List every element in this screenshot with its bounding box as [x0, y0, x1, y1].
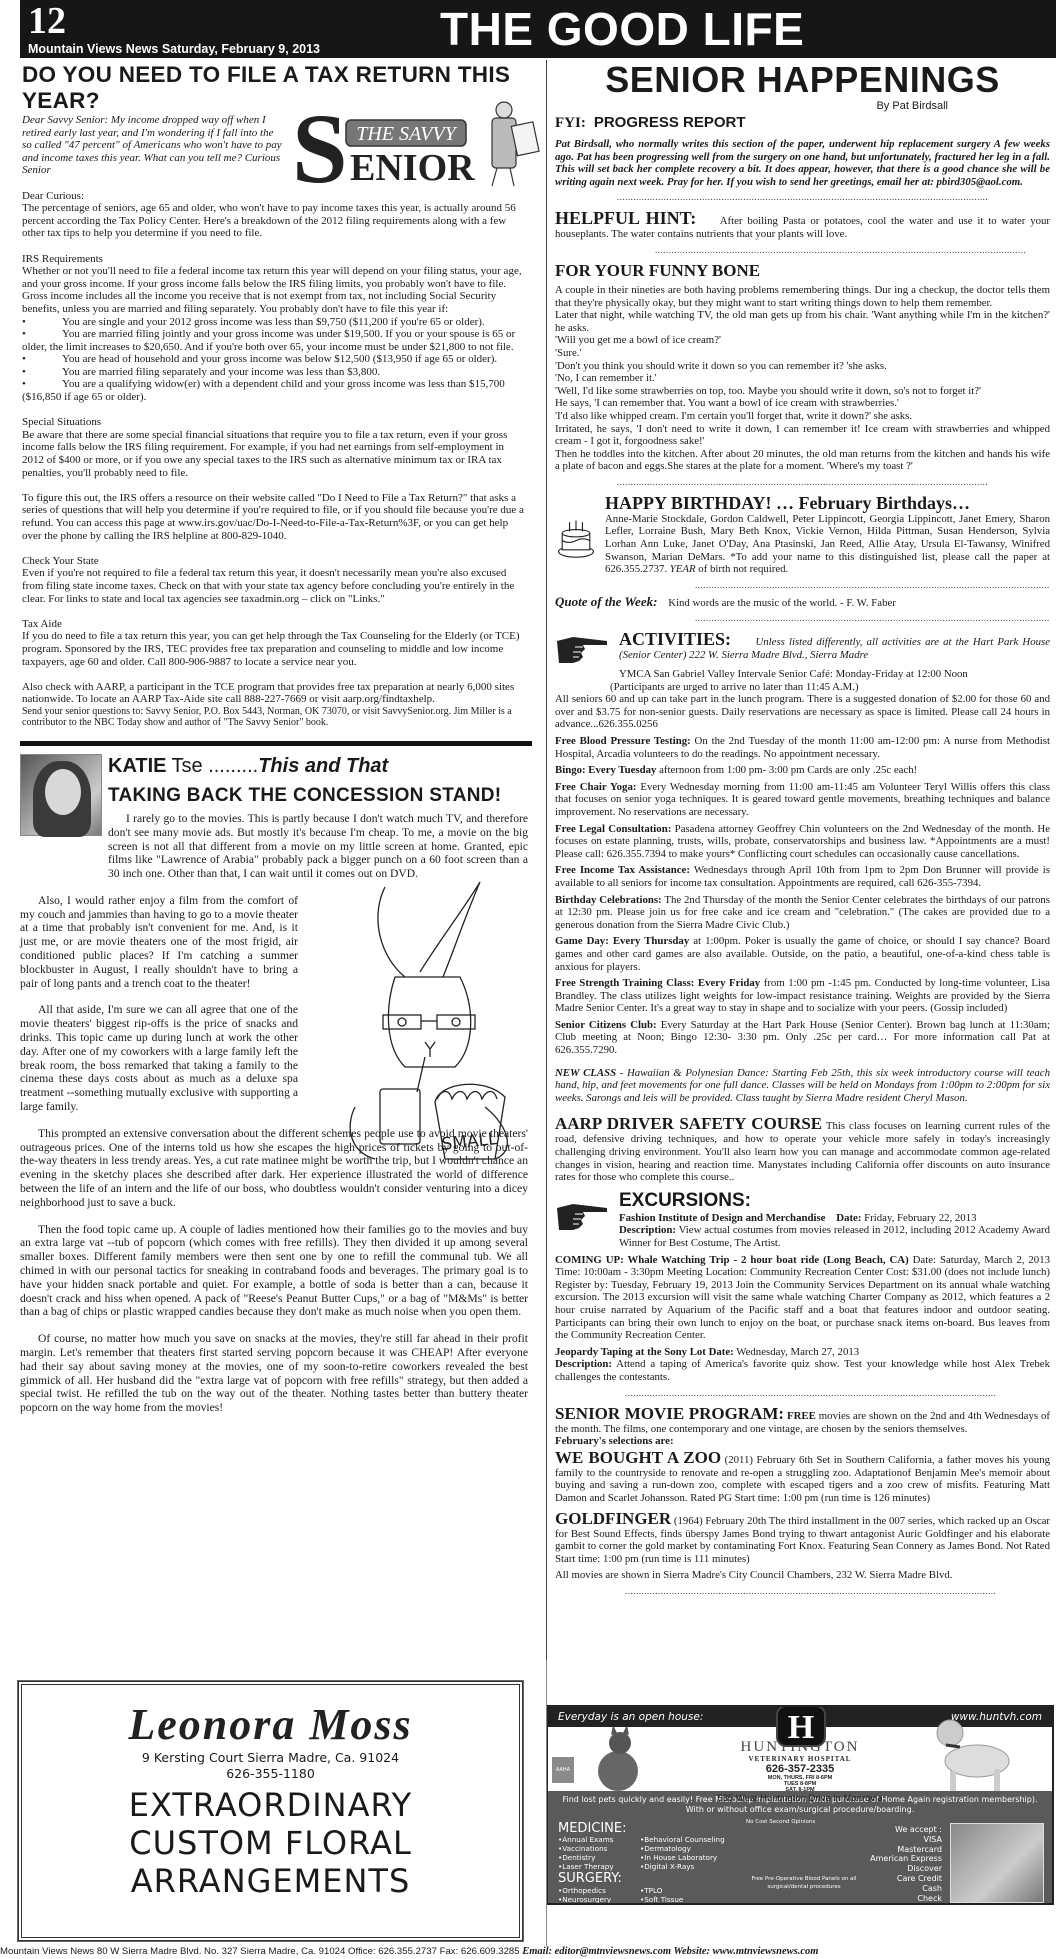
irs-body: Whether or not you'll need to file a fed… — [22, 265, 524, 315]
dotted-divider: ........................................… — [555, 1388, 1050, 1398]
activity-item: Free Blood Pressure Testing: On the 2nd … — [555, 735, 1050, 760]
dotted-divider: ........................................… — [555, 192, 1050, 202]
section-title: THE GOOD LIFE — [440, 2, 804, 56]
ad-line: ARRANGEMENTS — [22, 1862, 519, 1900]
movie-item: GOLDFINGER (1964) February 20th The thir… — [555, 1509, 1050, 1566]
quote-of-week: Quote of the Week: Kind words are the mu… — [555, 596, 1050, 610]
dotted-divider: ........................................… — [555, 245, 1050, 255]
ad-address: 9 Kersting Court Sierra Madre, Ca. 91024 — [22, 1750, 519, 1766]
state-heading: Check Your State — [22, 555, 524, 568]
birthday-heading: HAPPY BIRTHDAY! … February Birthdays… — [605, 493, 1050, 513]
blood-panels-note: Free Pre-Operative Blood Panels on all s… — [744, 1875, 864, 1891]
pointing-hand-icon — [555, 1200, 611, 1234]
leonora-moss-logo: Leonora Moss — [22, 1699, 519, 1750]
movie-location: All movies are shown in Sierra Madre's C… — [555, 1569, 1050, 1582]
second-opinions: No Cost Second Opinions — [746, 1819, 815, 1825]
birthday-section: HAPPY BIRTHDAY! … February Birthdays… An… — [555, 493, 1050, 576]
paragraph: All that aside, I'm sure we can all agre… — [20, 1003, 298, 1113]
birthday-list: Anne-Marie Stockdale, Gordon Caldwell, P… — [605, 513, 1050, 576]
publication-date-line: Mountain Views News Saturday, February 9… — [28, 42, 320, 57]
author-photo — [20, 754, 102, 836]
activity-item: Senior Citizens Club: Every Saturday at … — [555, 1019, 1050, 1057]
medicine-heading: MEDICINE: — [558, 1821, 627, 1836]
svg-text:SMALL: SMALL — [441, 1129, 499, 1155]
medicine-list: •Behavioral Counseling•Dermatology•In Ho… — [640, 1835, 725, 1871]
irs-heading: IRS Requirements — [22, 253, 524, 266]
bullet-item: •You are married filing jointly and your… — [22, 328, 524, 353]
new-class: NEW CLASS - Hawaiian & Polynesian Dance:… — [555, 1067, 1050, 1105]
leonora-moss-ad: Leonora Moss 9 Kersting Court Sierra Mad… — [18, 1681, 523, 1941]
dotted-divider: ........................................… — [555, 580, 1050, 590]
activity-item: Game Day: Every Thursday at 1:00pm. Poke… — [555, 935, 1050, 973]
send-questions-note: Send your senior questions to: Savvy Sen… — [22, 706, 524, 729]
cat-photo — [588, 1727, 648, 1791]
dotted-divider: ........................................… — [555, 1586, 1050, 1596]
fidm-excursion: Fashion Institute of Design and Merchand… — [619, 1212, 1050, 1250]
aarp-paragraph: Also check with AARP, a participant in t… — [22, 681, 524, 706]
savvy-senior-article: DO YOU NEED TO FILE A TAX RETURN THIS YE… — [20, 62, 528, 729]
page-number: 12 — [28, 0, 66, 42]
activity-item: Free Legal Consultation: Pasadena attorn… — [555, 823, 1050, 861]
column-title: TAKING BACK THE CONCESSION STAND! — [108, 784, 501, 808]
funny-bone-heading: FOR YOUR FUNNY BONE — [555, 261, 1050, 280]
footer-contact-info: Mountain Views News 80 W Sierra Madre Bl… — [0, 1946, 522, 1957]
page-footer: Mountain Views News 80 W Sierra Madre Bl… — [0, 1944, 1056, 1959]
katie-tse-column: KATIE Tse .........This and That TAKING … — [20, 752, 528, 1415]
left-column: DO YOU NEED TO FILE A TAX RETURN THIS YE… — [20, 62, 528, 1428]
excursions-heading: EXCURSIONS: — [619, 1190, 1050, 1212]
bullet-item: •You are married filing separately and y… — [22, 366, 524, 379]
jeopardy-taping: Jeopardy Taping at the Sony Lot Date: We… — [555, 1346, 1050, 1384]
aaha-badge: AAHA — [552, 1757, 574, 1783]
article-body: Dear Savvy Senior: My income dropped way… — [20, 114, 528, 729]
ymca-note: (Participants are urged to arrive no lat… — [555, 681, 1050, 694]
funny-bone-story: A couple in their nineties are both havi… — [555, 284, 1050, 473]
svg-text:S: S — [292, 98, 348, 188]
byline: By Pat Birdsall — [555, 100, 948, 112]
activity-item: Bingo: Every Tuesday afternoon from 1:00… — [555, 764, 1050, 777]
surgery-list: •Orthopedics•Neurosurgery•Laser Surgery — [558, 1886, 612, 1905]
birthday-cake-icon — [555, 513, 597, 559]
irs-resource-paragraph: To figure this out, the IRS offers a res… — [22, 492, 524, 542]
bullet-item: •You are head of household and your gros… — [22, 353, 524, 366]
ad-tagline: Everyday is an open house: — [558, 1711, 703, 1723]
paragraph: Of course, no matter how much you save o… — [20, 1332, 528, 1415]
ad-line: CUSTOM FLORAL — [22, 1824, 519, 1862]
special-body: Be aware that there are some special fin… — [22, 429, 524, 479]
pointing-hand-icon — [555, 633, 611, 667]
svg-text:THE SAVVY: THE SAVVY — [356, 123, 457, 145]
doctor-photo — [950, 1823, 1044, 1903]
aide-heading: Tax Aide — [22, 618, 524, 631]
salutation: Dear Curious: — [22, 190, 524, 203]
payment-methods: We accept : VISAMastercardAmerican Expre… — [870, 1825, 942, 1903]
bunny-popcorn-illustration: SMALL — [325, 877, 535, 1162]
bullet-item: •You are single and your 2012 gross inco… — [22, 316, 524, 329]
activity-item: Birthday Celebrations: The 2nd Thursday … — [555, 894, 1050, 932]
activity-item: Free Income Tax Assistance: Wednesdays t… — [555, 864, 1050, 889]
activities-header: ACTIVITIES: Unless listed differently, a… — [555, 629, 1050, 680]
activity-item: Free Chair Yoga: Every Wednesday morning… — [555, 781, 1050, 819]
movie-item: WE BOUGHT A ZOO (2011) February 6th Set … — [555, 1448, 1050, 1505]
right-column: SENIOR HAPPENINGS By Pat Birdsall FYI:PR… — [546, 60, 1050, 1660]
paragraph: Also, I would rather enjoy a film from t… — [20, 894, 298, 991]
ymca-body: All seniors 60 and up can take part in t… — [555, 693, 1050, 731]
svg-text:ENIOR: ENIOR — [350, 147, 475, 188]
aide-body: If you do need to file a tax return this… — [22, 630, 524, 668]
special-heading: Special Situations — [22, 416, 524, 429]
hospital-address: 535 West Huntington Drive in Monrovia — [548, 1793, 1052, 1804]
column-byline: KATIE Tse .........This and That — [108, 754, 388, 778]
huntington-logo: H — [776, 1705, 826, 1747]
ymca-cafe: YMCA San Gabriel Valley Intervale Senior… — [619, 668, 1050, 681]
column-divider — [546, 1660, 547, 1946]
helpful-hint: HELPFUL HINT: After boiling Pasta or pot… — [555, 208, 1050, 241]
progress-report-body: Pat Birdsall, who normally writes this s… — [555, 138, 1050, 188]
fyi-heading: FYI:PROGRESS REPORT — [555, 114, 1050, 132]
footer-email-website: Email: editor@mtnviewsnews.com Website: … — [522, 1946, 818, 1957]
excursions-header: EXCURSIONS: Fashion Institute of Design … — [555, 1190, 1050, 1250]
paragraph: Then the food topic came up. A couple of… — [20, 1223, 528, 1320]
dotted-divider: ........................................… — [555, 477, 1050, 487]
masthead: 12 Mountain Views News Saturday, Februar… — [20, 0, 1056, 58]
state-body: Even if you're not required to file a fe… — [22, 567, 524, 605]
dotted-divider: ........................................… — [555, 613, 1050, 623]
senior-happenings-title: SENIOR HAPPENINGS — [555, 60, 1050, 100]
activity-item: Free Strength Training Class: Every Frid… — [555, 977, 1050, 1015]
dog-photo — [922, 1711, 1022, 1791]
savvy-senior-logo: S THE SAVVY ENIOR — [292, 98, 540, 188]
reader-question: Dear Savvy Senior: My income dropped way… — [22, 114, 284, 177]
movie-program: SENIOR MOVIE PROGRAM: FREE movies are sh… — [555, 1404, 1050, 1436]
ad-line: EXTRAORDINARY — [22, 1786, 519, 1824]
movie-selections-label: February's selections are: — [555, 1435, 1050, 1448]
surgery-list: •TPLO•Soft Tissue•General and Advanced S… — [640, 1886, 757, 1905]
ad-phone: 626-355-1180 — [22, 1766, 519, 1782]
aarp-driver-safety: AARP DRIVER SAFETY COURSE This class foc… — [555, 1114, 1050, 1183]
activities-heading: ACTIVITIES: — [619, 629, 731, 649]
medicine-list: •Annual Exams•Vaccinations•Dentistry•Las… — [558, 1835, 614, 1871]
huntington-vet-ad: Everyday is an open house: www.huntvh.co… — [546, 1705, 1054, 1905]
bullet-item: •You are a qualifying widow(er) with a d… — [22, 378, 524, 403]
paragraph: I rarely go to the movies. This is partl… — [108, 812, 528, 881]
intro-text: The percentage of seniors, age 65 and ol… — [22, 202, 524, 240]
whale-watching-trip: COMING UP: Whale Watching Trip - 2 hour … — [555, 1254, 1050, 1342]
surgery-heading: SURGERY: — [558, 1871, 622, 1886]
section-divider — [20, 741, 532, 746]
